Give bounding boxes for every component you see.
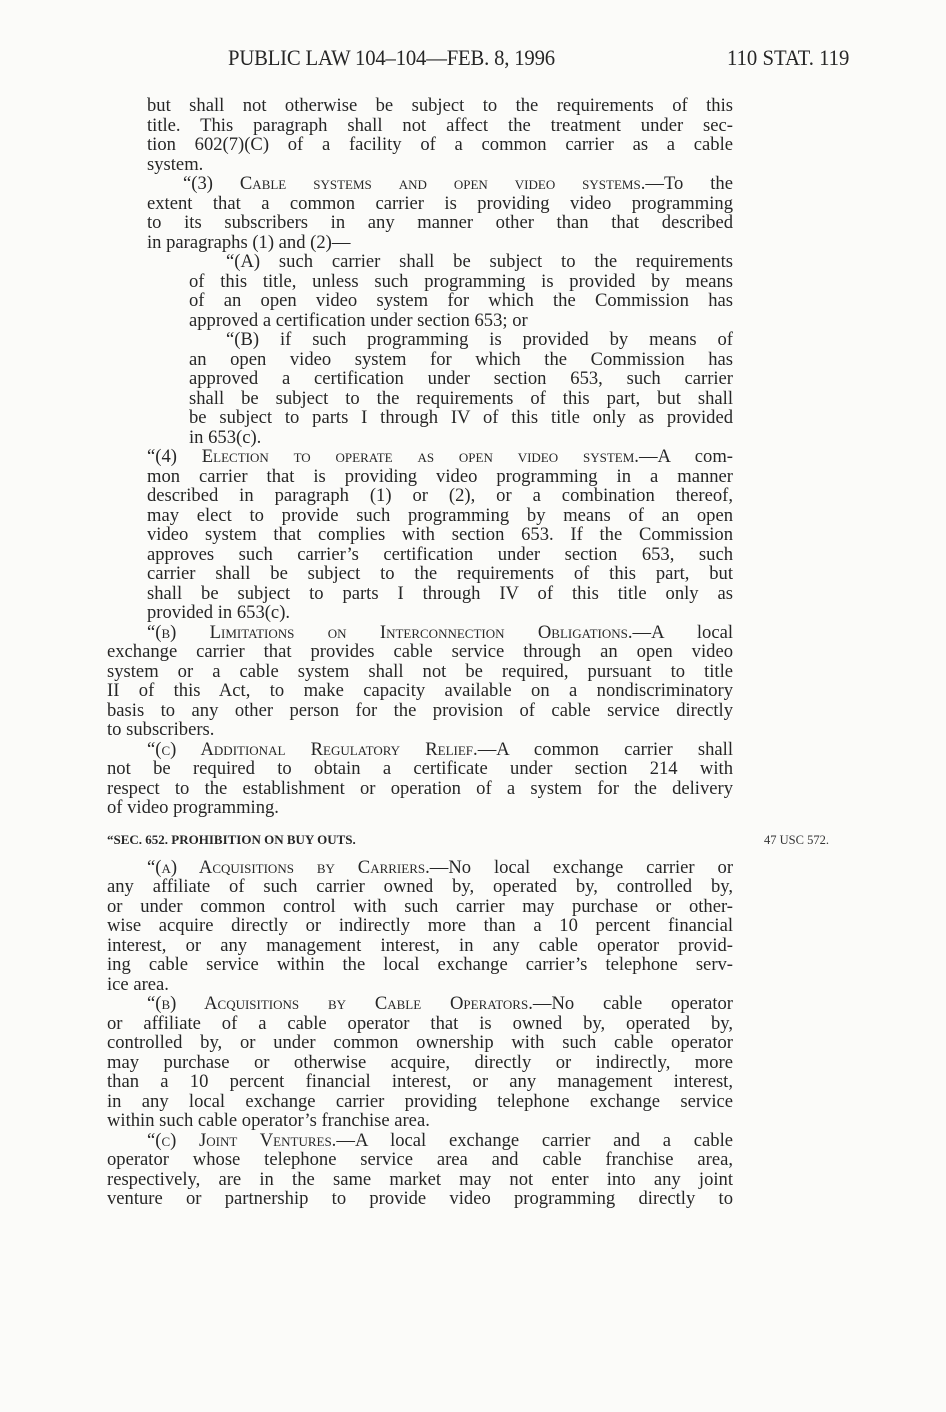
text-line: carrier shall be subject to the requirem… (147, 564, 733, 584)
subsection-c-first-line: “(c) Additional Regulatory Relief.—A com… (147, 740, 733, 760)
subsection-b-heading: “(b) Limitations on Interconnection Obli… (147, 622, 633, 643)
section-652-heading: “SEC. 652. PROHIBITION ON BUY OUTS. (107, 832, 356, 848)
subsection-c-heading: “(c) Additional Regulatory Relief. (147, 739, 478, 760)
paragraph-3-first-line: “(3) Cable systems and open video system… (183, 174, 733, 194)
text-line: not be required to obtain a certificate … (107, 759, 733, 779)
text-line: basis to any other person for the provis… (107, 701, 733, 721)
subparagraph-a-line: “(A) such carrier shall be subject to th… (226, 252, 733, 272)
text-line: video system that complies with section … (147, 525, 733, 545)
sec652-a-heading: “(a) Acquisitions by Carriers. (147, 857, 430, 878)
text-line: any affiliate of such carrier owned by, … (107, 877, 733, 897)
text-line: shall be subject to parts I through IV o… (147, 584, 733, 604)
text-line: wise acquire directly or indirectly more… (107, 916, 733, 936)
text-line: may elect to provide such programming by… (147, 506, 733, 526)
text-line: described in paragraph (1) or (2), or a … (147, 486, 733, 506)
text-line: operator whose telephone service area an… (107, 1150, 733, 1170)
text-line: may purchase or otherwise acquire, direc… (107, 1053, 733, 1073)
text-line: venture or partnership to provide video … (107, 1189, 733, 1209)
subsection-b-first-line: “(b) Limitations on Interconnection Obli… (147, 623, 733, 643)
text-line: respect to the establishment or operatio… (107, 779, 733, 799)
text-line: of video programming. (107, 798, 733, 818)
text-line: system. (147, 155, 733, 175)
text-line: shall be subject to the requirements of … (189, 389, 733, 409)
paragraph-4-first-line: “(4) Election to operate as open video s… (147, 447, 733, 467)
text-line: II of this Act, to make capacity availab… (107, 681, 733, 701)
text-line: interest, or any management interest, in… (107, 936, 733, 956)
public-law-title: PUBLIC LAW 104–104—FEB. 8, 1996 (228, 45, 555, 71)
text-line: controlled by, or under common ownership… (107, 1033, 733, 1053)
paragraph-3-heading: “(3) Cable systems and open video system… (183, 173, 645, 194)
text-line: tion 602(7)(C) of a facility of a common… (147, 135, 733, 155)
text-line: to subscribers. (107, 720, 733, 740)
text-line: or affiliate of a cable operator that is… (107, 1014, 733, 1034)
subparagraph-b-line: “(B) if such programming is provided by … (226, 330, 733, 350)
text-line: be subject to parts I through IV of this… (189, 408, 733, 428)
sec652-c-heading: “(c) Joint Ventures. (147, 1130, 336, 1151)
sec652-b-heading: “(b) Acquisitions by Cable Operators. (147, 993, 533, 1014)
text-line: or under common control with such carrie… (107, 897, 733, 917)
text-line: approved a certification under section 6… (189, 311, 733, 331)
sec652-a-first-line: “(a) Acquisitions by Carriers.—No local … (147, 858, 733, 878)
text-line: in any local exchange carrier providing … (107, 1092, 733, 1112)
text-line: in 653(c). (189, 428, 733, 448)
statute-page-number: 110 STAT. 119 (727, 45, 849, 71)
sec652-c-first-line: “(c) Joint Ventures.—A local exchange ca… (147, 1131, 733, 1151)
text-line: of an open video system for which the Co… (189, 291, 733, 311)
text-line: approves such carrier’s certification un… (147, 545, 733, 565)
text-line: approved a certification under section 6… (189, 369, 733, 389)
text-line: provided in 653(c). (147, 603, 733, 623)
text-line: of this title, unless such programming i… (189, 272, 733, 292)
text-line: within such cable operator’s franchise a… (107, 1111, 733, 1131)
text-line: respectively, are in the same market may… (107, 1170, 733, 1190)
text-line: title. This paragraph shall not affect t… (147, 116, 733, 136)
sec652-b-first-line: “(b) Acquisitions by Cable Operators.—No… (147, 994, 733, 1014)
page-header: PUBLIC LAW 104–104—FEB. 8, 1996 110 STAT… (0, 45, 946, 75)
usc-margin-citation: 47 USC 572. (764, 833, 829, 848)
text-line: an open video system for which the Commi… (189, 350, 733, 370)
text-line: exchange carrier that provides cable ser… (107, 642, 733, 662)
paragraph-4-heading: “(4) Election to operate as open video s… (147, 446, 639, 467)
text-line: than a 10 percent financial interest, or… (107, 1072, 733, 1092)
text-line: extent that a common carrier is providin… (147, 194, 733, 214)
text-line: but shall not otherwise be subject to th… (147, 96, 733, 116)
text-line: mon carrier that is providing video prog… (147, 467, 733, 487)
text-line: ice area. (107, 975, 733, 995)
text-line: in paragraphs (1) and (2)— (147, 233, 733, 253)
text-line: system or a cable system shall not be re… (107, 662, 733, 682)
text-line: to its subscribers in any manner other t… (147, 213, 733, 233)
text-line: ing cable service within the local excha… (107, 955, 733, 975)
